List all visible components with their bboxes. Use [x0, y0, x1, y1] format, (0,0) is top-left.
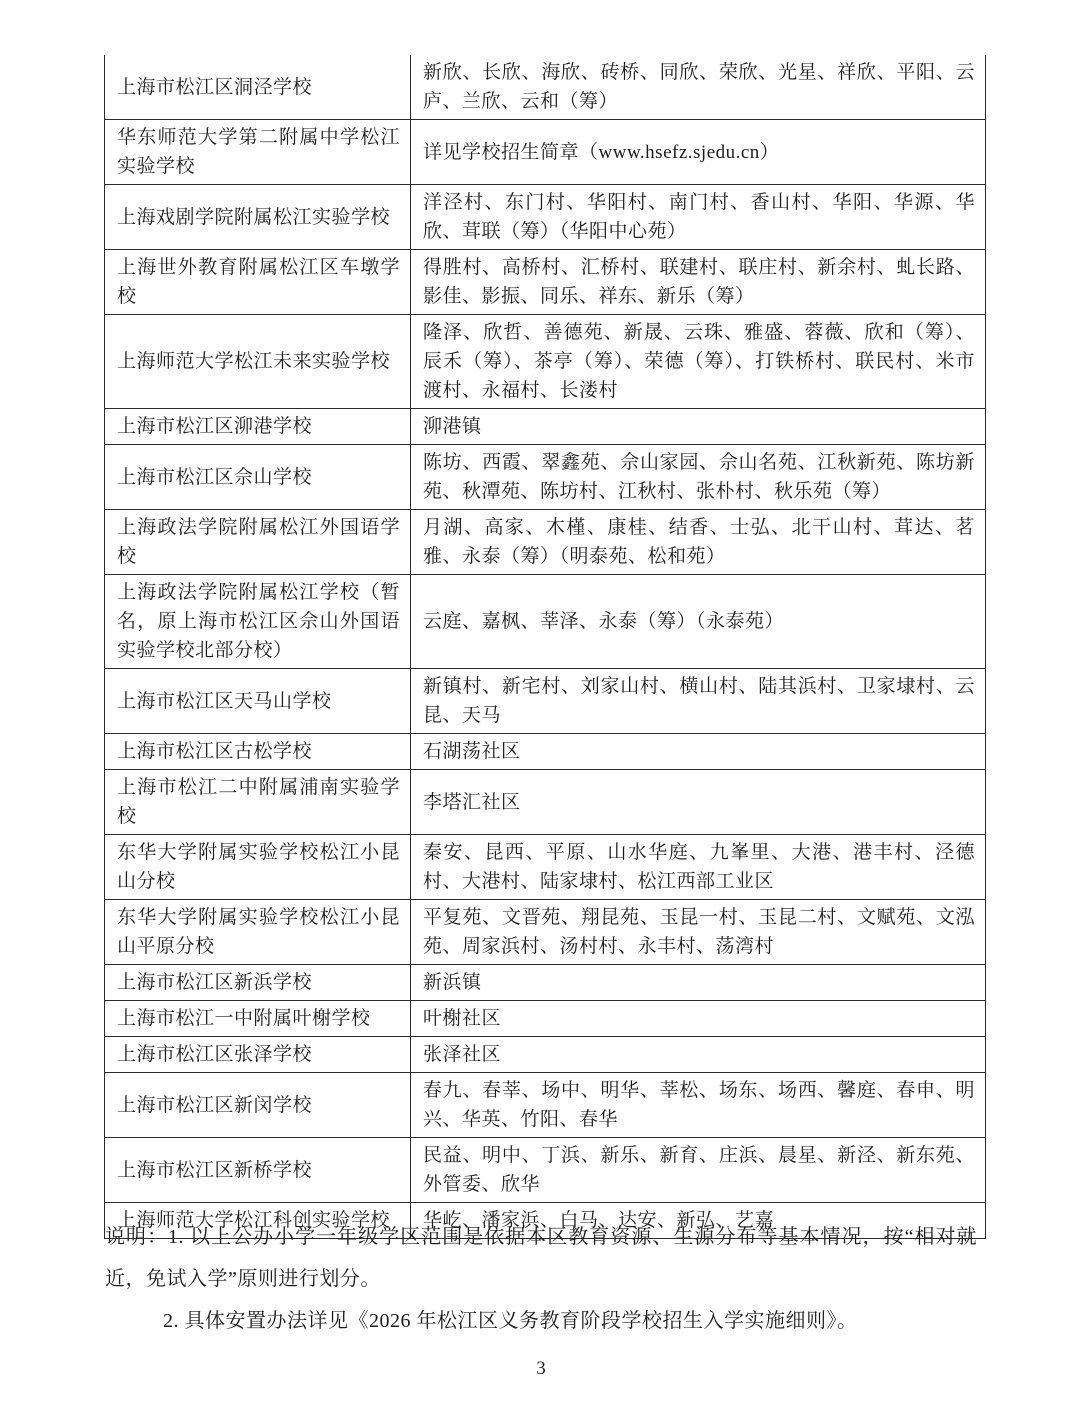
zone-scope-cell: 新浜镇: [411, 965, 986, 1001]
zone-scope-cell: 泖港镇: [411, 409, 986, 445]
notes-section: 说明：1. 以上公办小学一年级学区范围是依据本区教育资源、生源分布等基本情况，按…: [105, 1216, 977, 1342]
school-name-cell: 上海世外教育附属松江区车墩学校: [105, 250, 411, 315]
table-row: 上海市松江二中附属浦南实验学校李塔汇社区: [105, 770, 986, 835]
zone-scope-cell: 石湖荡社区: [411, 734, 986, 770]
school-name-cell: 上海政法学院附属松江学校（暂名，原上海市松江区佘山外国语实验学校北部分校）: [105, 575, 411, 669]
school-name-cell: 上海市松江区古松学校: [105, 734, 411, 770]
table-row: 上海世外教育附属松江区车墩学校得胜村、高桥村、汇桥村、联建村、联庄村、新余村、虬…: [105, 250, 986, 315]
document-page: 上海市松江区洞泾学校新欣、长欣、海欣、砖桥、同欣、荣欣、光星、祥欣、平阳、云庐、…: [0, 0, 1082, 1408]
table-row: 东华大学附属实验学校松江小昆山平原分校平复苑、文晋苑、翔昆苑、玉昆一村、玉昆二村…: [105, 900, 986, 965]
zone-scope-cell: 平复苑、文晋苑、翔昆苑、玉昆一村、玉昆二村、文赋苑、文泓苑、周家浜村、汤村村、永…: [411, 900, 986, 965]
school-name-cell: 上海市松江区洞泾学校: [105, 55, 411, 120]
table-row: 上海市松江区佘山学校陈坊、西霞、翠鑫苑、佘山家园、佘山名苑、江秋新苑、陈坊新苑、…: [105, 445, 986, 510]
school-name-cell: 上海市松江区新浜学校: [105, 965, 411, 1001]
table-row: 上海市松江区张泽学校张泽社区: [105, 1037, 986, 1073]
zone-scope-cell: 新欣、长欣、海欣、砖桥、同欣、荣欣、光星、祥欣、平阳、云庐、兰欣、云和（筹）: [411, 55, 986, 120]
table-row: 上海市松江区古松学校石湖荡社区: [105, 734, 986, 770]
school-name-cell: 上海戏剧学院附属松江实验学校: [105, 185, 411, 250]
school-name-cell: 上海市松江一中附属叶榭学校: [105, 1001, 411, 1037]
school-name-cell: 华东师范大学第二附属中学松江实验学校: [105, 120, 411, 185]
school-zone-table-body: 上海市松江区洞泾学校新欣、长欣、海欣、砖桥、同欣、荣欣、光星、祥欣、平阳、云庐、…: [105, 55, 986, 1239]
zone-scope-cell: 张泽社区: [411, 1037, 986, 1073]
school-name-cell: 上海市松江二中附属浦南实验学校: [105, 770, 411, 835]
note-line-1: 说明：1. 以上公办小学一年级学区范围是依据本区教育资源、生源分布等基本情况，按…: [105, 1216, 977, 1300]
zone-scope-cell: 新镇村、新宅村、刘家山村、横山村、陆其浜村、卫家埭村、云昆、天马: [411, 669, 986, 734]
zone-scope-cell: 陈坊、西霞、翠鑫苑、佘山家园、佘山名苑、江秋新苑、陈坊新苑、秋潭苑、陈坊村、江秋…: [411, 445, 986, 510]
school-name-cell: 上海政法学院附属松江外国语学校: [105, 510, 411, 575]
school-zone-table: 上海市松江区洞泾学校新欣、长欣、海欣、砖桥、同欣、荣欣、光星、祥欣、平阳、云庐、…: [104, 55, 986, 1239]
page-number: 3: [0, 1358, 1082, 1380]
school-name-cell: 上海市松江区张泽学校: [105, 1037, 411, 1073]
school-name-cell: 上海市松江区泖港学校: [105, 409, 411, 445]
zone-scope-cell: 云庭、嘉枫、莘泽、永泰（筹）（永泰苑）: [411, 575, 986, 669]
school-name-cell: 上海师范大学松江未来实验学校: [105, 315, 411, 409]
school-name-cell: 东华大学附属实验学校松江小昆山分校: [105, 835, 411, 900]
table-row: 上海市松江区泖港学校泖港镇: [105, 409, 986, 445]
zone-scope-cell: 民益、明中、丁浜、新乐、新育、庄浜、晨星、新泾、新东苑、外管委、欣华: [411, 1138, 986, 1203]
school-name-cell: 东华大学附属实验学校松江小昆山平原分校: [105, 900, 411, 965]
table-row: 上海市松江区新桥学校民益、明中、丁浜、新乐、新育、庄浜、晨星、新泾、新东苑、外管…: [105, 1138, 986, 1203]
zone-scope-cell: 李塔汇社区: [411, 770, 986, 835]
table-row: 上海政法学院附属松江学校（暂名，原上海市松江区佘山外国语实验学校北部分校）云庭、…: [105, 575, 986, 669]
zone-scope-cell: 叶榭社区: [411, 1001, 986, 1037]
note-line-2: 2. 具体安置办法详见《2026 年松江区义务教育阶段学校招生入学实施细则》。: [105, 1300, 977, 1342]
zone-scope-cell: 月湖、高家、木槿、康桂、结香、士弘、北干山村、茸达、茗雅、永泰（筹）（明泰苑、松…: [411, 510, 986, 575]
zone-scope-cell: 详见学校招生简章（www.hsefz.sjedu.cn）: [411, 120, 986, 185]
table-row: 东华大学附属实验学校松江小昆山分校秦安、昆西、平原、山水华庭、九峯里、大港、港丰…: [105, 835, 986, 900]
school-name-cell: 上海市松江区新桥学校: [105, 1138, 411, 1203]
zone-scope-cell: 秦安、昆西、平原、山水华庭、九峯里、大港、港丰村、泾德村、大港村、陆家埭村、松江…: [411, 835, 986, 900]
table-row: 上海政法学院附属松江外国语学校月湖、高家、木槿、康桂、结香、士弘、北干山村、茸达…: [105, 510, 986, 575]
table-row: 上海戏剧学院附属松江实验学校洋泾村、东门村、华阳村、南门村、香山村、华阳、华源、…: [105, 185, 986, 250]
zone-scope-cell: 春九、春莘、场中、明华、莘松、场东、场西、馨庭、春申、明兴、华英、竹阳、春华: [411, 1073, 986, 1138]
zone-scope-cell: 隆泽、欣哲、善德苑、新晟、云珠、雅盛、蓉薇、欣和（筹）、辰禾（筹）、茶亭（筹）、…: [411, 315, 986, 409]
table-row: 上海市松江一中附属叶榭学校叶榭社区: [105, 1001, 986, 1037]
table-row: 上海市松江区新浜学校新浜镇: [105, 965, 986, 1001]
table-row: 上海市松江区新闵学校春九、春莘、场中、明华、莘松、场东、场西、馨庭、春申、明兴、…: [105, 1073, 986, 1138]
school-name-cell: 上海市松江区天马山学校: [105, 669, 411, 734]
table-row: 上海市松江区天马山学校新镇村、新宅村、刘家山村、横山村、陆其浜村、卫家埭村、云昆…: [105, 669, 986, 734]
zone-scope-cell: 洋泾村、东门村、华阳村、南门村、香山村、华阳、华源、华欣、茸联（筹）（华阳中心苑…: [411, 185, 986, 250]
table-row: 上海市松江区洞泾学校新欣、长欣、海欣、砖桥、同欣、荣欣、光星、祥欣、平阳、云庐、…: [105, 55, 986, 120]
zone-scope-cell: 得胜村、高桥村、汇桥村、联建村、联庄村、新余村、虬长路、影佳、影振、同乐、祥东、…: [411, 250, 986, 315]
table-row: 华东师范大学第二附属中学松江实验学校详见学校招生简章（www.hsefz.sje…: [105, 120, 986, 185]
school-name-cell: 上海市松江区佘山学校: [105, 445, 411, 510]
table-row: 上海师范大学松江未来实验学校隆泽、欣哲、善德苑、新晟、云珠、雅盛、蓉薇、欣和（筹…: [105, 315, 986, 409]
school-name-cell: 上海市松江区新闵学校: [105, 1073, 411, 1138]
